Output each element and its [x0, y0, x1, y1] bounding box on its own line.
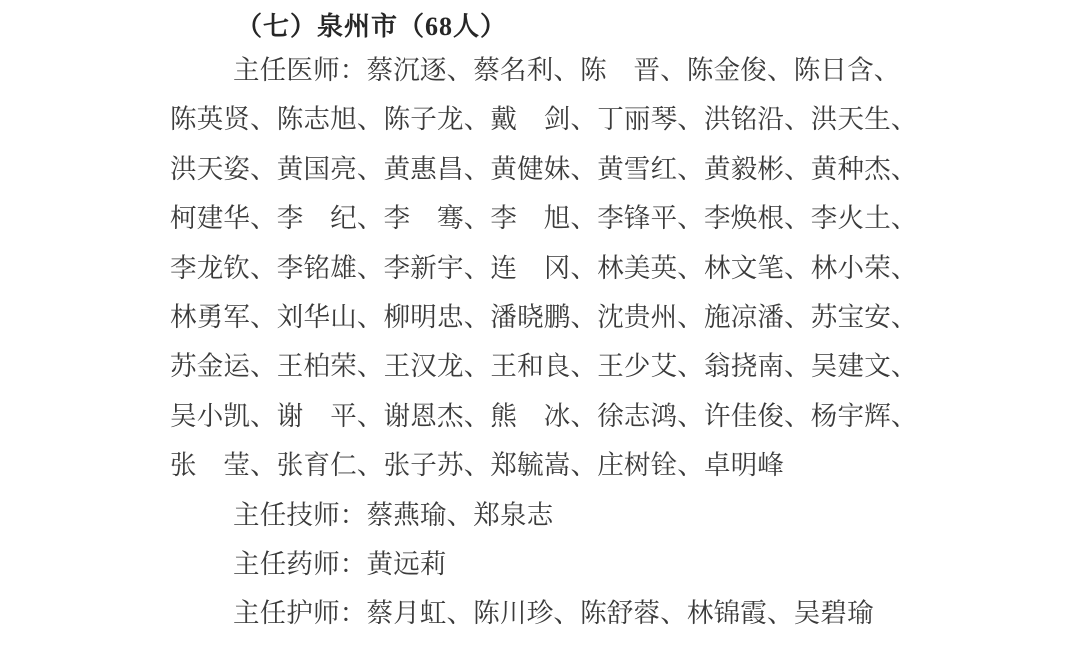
document-page: （七）泉州市（68人） 主任医师：蔡沉逐、蔡名利、陈 晋、陈金俊、陈日含、 陈英… — [0, 0, 1080, 649]
text-line-chief-physicians-7: 苏金运、王柏荣、王汉龙、王和良、王少艾、翁挠南、吴建文、 — [170, 342, 930, 391]
text-line-chief-physicians-6: 林勇军、刘华山、柳明忠、潘晓鹏、沈贵州、施凉潘、苏宝安、 — [170, 293, 930, 342]
text-line-chief-pharmacists: 主任药师：黄远莉 — [170, 540, 930, 589]
text-line-chief-physicians-5: 李龙钦、李铭雄、李新宇、连 冈、林美英、林文笔、林小荣、 — [170, 244, 930, 293]
text-line-chief-physicians-1: 主任医师：蔡沉逐、蔡名利、陈 晋、陈金俊、陈日含、 — [170, 46, 930, 95]
text-line-chief-physicians-8: 吴小凯、谢 平、谢恩杰、熊 冰、徐志鸿、许佳俊、杨宇辉、 — [170, 392, 930, 441]
text-line-chief-physicians-4: 柯建华、李 纪、李 骞、李 旭、李锋平、李焕根、李火土、 — [170, 194, 930, 243]
text-line-chief-physicians-3: 洪天姿、黄国亮、黄惠昌、黄健妹、黄雪红、黄毅彬、黄种杰、 — [170, 145, 930, 194]
section-heading: （七）泉州市（68人） — [236, 6, 507, 43]
document-body: 主任医师：蔡沉逐、蔡名利、陈 晋、陈金俊、陈日含、 陈英贤、陈志旭、陈子龙、戴 … — [170, 46, 930, 639]
text-line-chief-physicians-9: 张 莹、张育仁、张子苏、郑毓嵩、庄树铨、卓明峰 — [170, 441, 930, 490]
text-line-chief-technicians: 主任技师：蔡燕瑜、郑泉志 — [170, 491, 930, 540]
text-line-chief-nurses: 主任护师：蔡月虹、陈川珍、陈舒蓉、林锦霞、吴碧瑜 — [170, 589, 930, 638]
text-line-chief-physicians-2: 陈英贤、陈志旭、陈子龙、戴 剑、丁丽琴、洪铭沿、洪天生、 — [170, 95, 930, 144]
